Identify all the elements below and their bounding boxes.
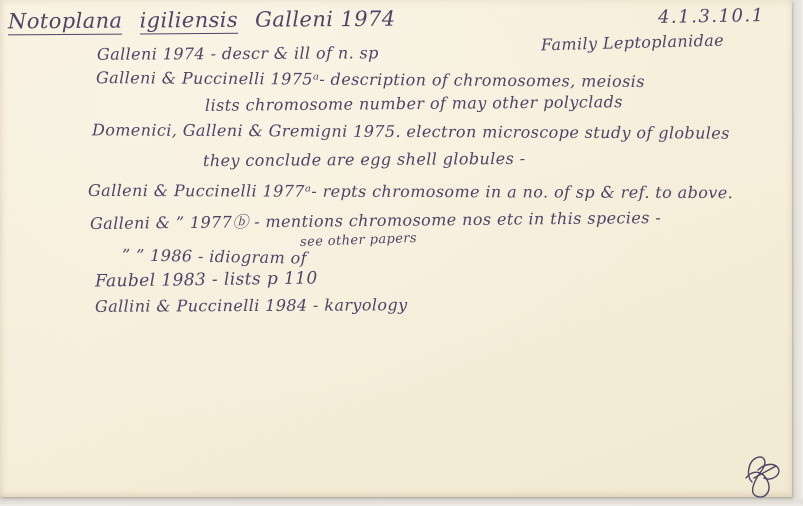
- entry-line-continuation: lists chromosome number of may other pol…: [205, 92, 623, 115]
- inserted-note: see other papers: [300, 231, 417, 250]
- scan-edge-right: [792, 0, 803, 506]
- entry-line: Gallini & Puccinelli 1984 - karyology: [95, 295, 408, 316]
- authority-name: Galleni 1974: [255, 7, 395, 32]
- card-title: Notoplana igiliensis Galleni 1974: [8, 7, 406, 34]
- index-card: Notoplana igiliensis Galleni 1974 4.1.3.…: [0, 0, 792, 497]
- species-name: igiliensis: [139, 8, 238, 35]
- initials-doodle: [738, 448, 784, 500]
- entry-line: Galleni & Puccinelli 1977ᵃ- repts chromo…: [88, 181, 733, 202]
- entry-line-continuation: they conclude are egg shell globules -: [203, 149, 526, 170]
- scanned-index-card: Notoplana igiliensis Galleni 1974 4.1.3.…: [0, 0, 803, 506]
- entry-line: Faubel 1983 - lists p 110: [95, 268, 318, 291]
- catalog-number: 4.1.3.10.1: [658, 5, 765, 28]
- family-label: Family Leptoplanidae: [541, 31, 724, 55]
- entry-line: Galleni 1974 - descr & ill of n. sp: [97, 43, 379, 63]
- entry-line: Domenici, Galleni & Gremigni 1975. elect…: [92, 120, 730, 142]
- scan-edge-bottom: [0, 497, 803, 506]
- entry-line: Galleni & Puccinelli 1975ᵃ- description …: [96, 68, 645, 91]
- entry-line: Galleni & ” 1977ⓑ - mentions chromosome …: [90, 205, 661, 234]
- genus-name: Notoplana: [8, 9, 123, 36]
- entry-line-ditto: ” ” 1986 - idiogram of: [122, 245, 307, 267]
